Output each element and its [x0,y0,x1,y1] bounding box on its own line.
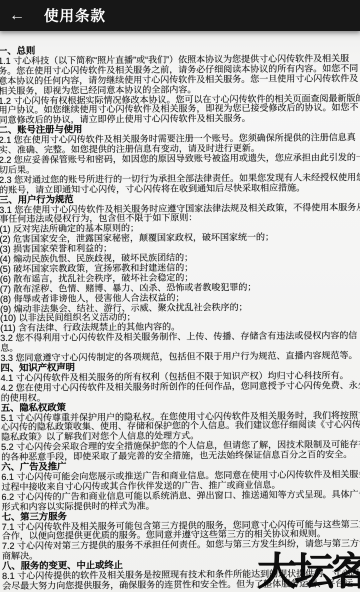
terms-paragraph: 3.1 您在使用寸心闪传软件及相关服务时应遵守国家法律法规及相关政策，不得使用本… [0,203,360,226]
terms-paragraph: 5.2 寸心闪传会采取合理的安全措施保护您的个人信息，但请您了解，因技术限制及可… [1,440,360,463]
terms-paragraph: 4.2 您在使用寸心闪传软件及相关服务时所创作的任何作品，您同意授予寸心闪传免费… [1,381,360,404]
back-arrow-icon[interactable]: ← [0,0,34,31]
app-window: ← 使用条款 一、总则1.1 寸心科技（以下简称“照片直播”或“我们”）依照本协… [0,0,360,592]
terms-paragraph: 6.2 寸心闪传的广告和商业信息可能以系统消息、弹出窗口、推送通知等方式呈现。具… [2,490,360,513]
terms-paragraph: 5.1 寸心闪传尊重并保护用户的隐私权。在您使用寸心闪传软件及相关服务时，我们将… [1,411,360,444]
app-bar: ← 使用条款 [0,0,360,31]
terms-paragraph: 1.2 寸心闪传有权根据实际情况修改本协议。您可以在寸心闪传软件的相关页面查阅最… [0,94,360,127]
terms-text: 一、总则1.1 寸心科技（以下简称“照片直播”或“我们”）依照本协议为您提供寸心… [0,44,360,592]
terms-paragraph: 1.1 寸心科技（以下简称“照片直播”或“我们”）依照本协议为您提供寸心闪传软件… [0,54,360,96]
watermark: 大坛客 [257,551,360,592]
page-title: 使用条款 [44,5,106,26]
terms-document-scroll-area[interactable]: 一、总则1.1 寸心科技（以下简称“照片直播”或“我们”）依照本协议为您提供寸心… [0,31,360,592]
